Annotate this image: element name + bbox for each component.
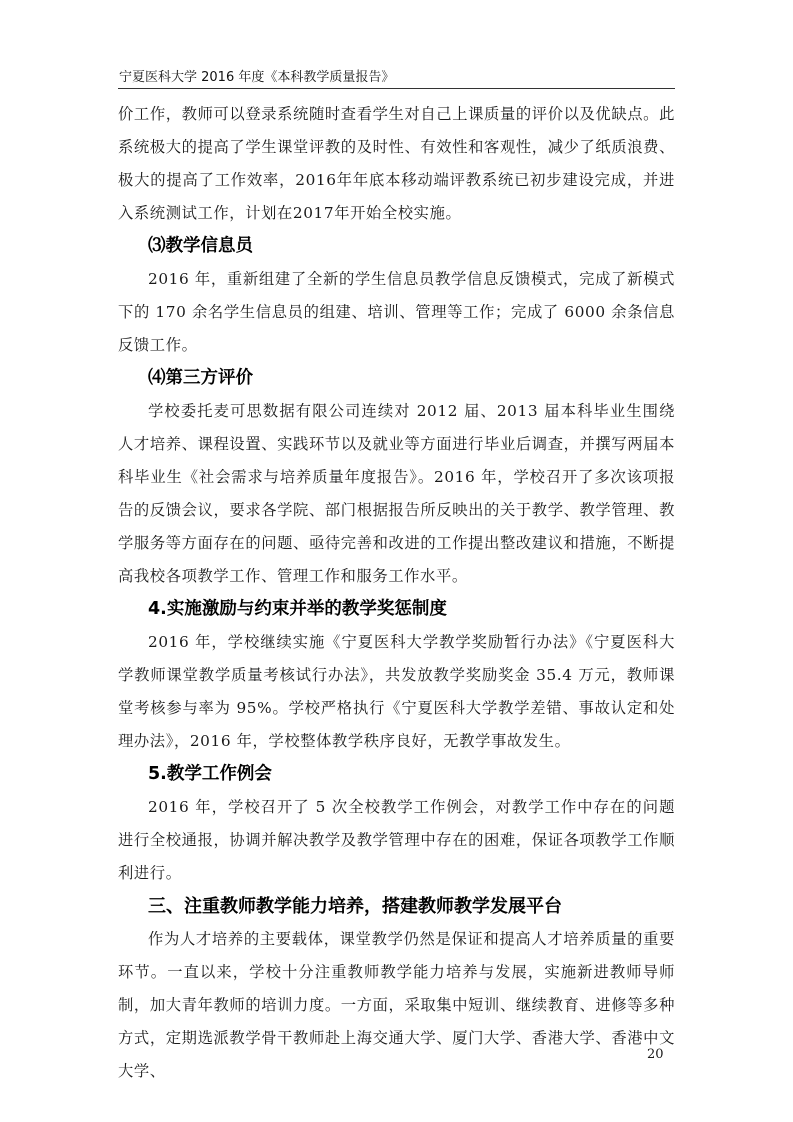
paragraph-third-party-evaluation: 学校委托麦可思数据有限公司连续对 2012 届、2013 届本科毕业生围绕人才培… (118, 395, 675, 593)
running-header: 宁夏医科大学 2016 年度《本科教学质量报告》 (119, 70, 674, 86)
paragraph-teaching-informants: 2016 年，重新组建了全新的学生信息员教学信息反馈模式，完成了新模式下的 17… (118, 263, 675, 362)
paragraph-teaching-meetings: 2016 年，学校召开了 5 次全校教学工作例会，对教学工作中存在的问题进行全校… (118, 791, 675, 890)
page-body: 价工作，教师可以登录系统随时查看学生对自己上课质量的评价以及优缺点。此系统极大的… (118, 98, 675, 1088)
page-number: 20 (647, 1047, 664, 1062)
subheading-teaching-informants: ⑶教学信息员 (118, 230, 675, 263)
subheading-rewards-penalties: 4.实施激励与约束并举的教学奖惩制度 (118, 593, 675, 626)
section-heading-teacher-development: 三、注重教师教学能力培养，搭建教师教学发展平台 (118, 890, 675, 923)
paragraph-rewards-penalties: 2016 年，学校继续实施《宁夏医科大学教学奖励暂行办法》《宁夏医科大学教师课堂… (118, 626, 675, 758)
subheading-third-party-evaluation: ⑷第三方评价 (118, 362, 675, 395)
paragraph-evaluation-system: 价工作，教师可以登录系统随时查看学生对自己上课质量的评价以及优缺点。此系统极大的… (118, 98, 675, 230)
subheading-teaching-meetings: 5.教学工作例会 (118, 758, 675, 791)
paragraph-teacher-development: 作为人才培养的主要载体，课堂教学仍然是保证和提高人才培养质量的重要环节。一直以来… (118, 923, 675, 1088)
header-divider (118, 88, 675, 89)
